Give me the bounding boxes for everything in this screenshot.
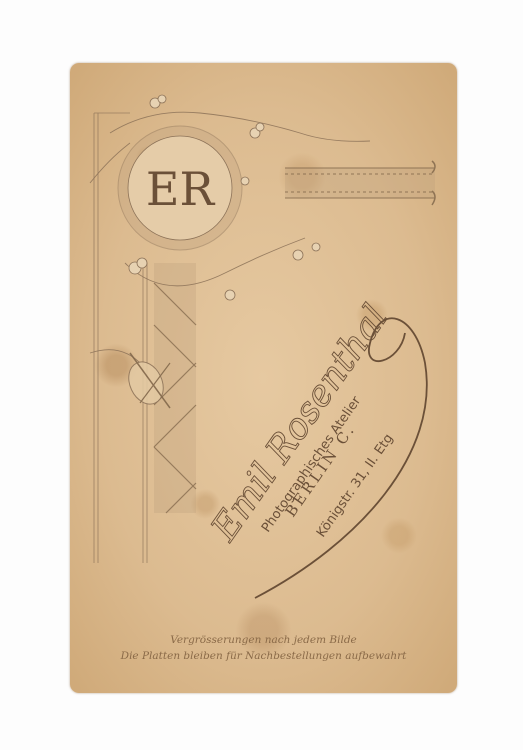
scroll-band xyxy=(285,161,435,205)
cabinet-card: ER Emil Rosenthal Photographisches xyxy=(70,63,457,693)
monogram-text: ER xyxy=(146,162,216,216)
decorative-artwork: ER Emil Rosenthal Photographisches xyxy=(70,63,457,693)
footer-enlargements-note: Vergrösserungen nach jedem Bilde xyxy=(70,634,457,646)
footer-plates-note: Die Platten bleiben für Nachbestellungen… xyxy=(70,650,457,662)
